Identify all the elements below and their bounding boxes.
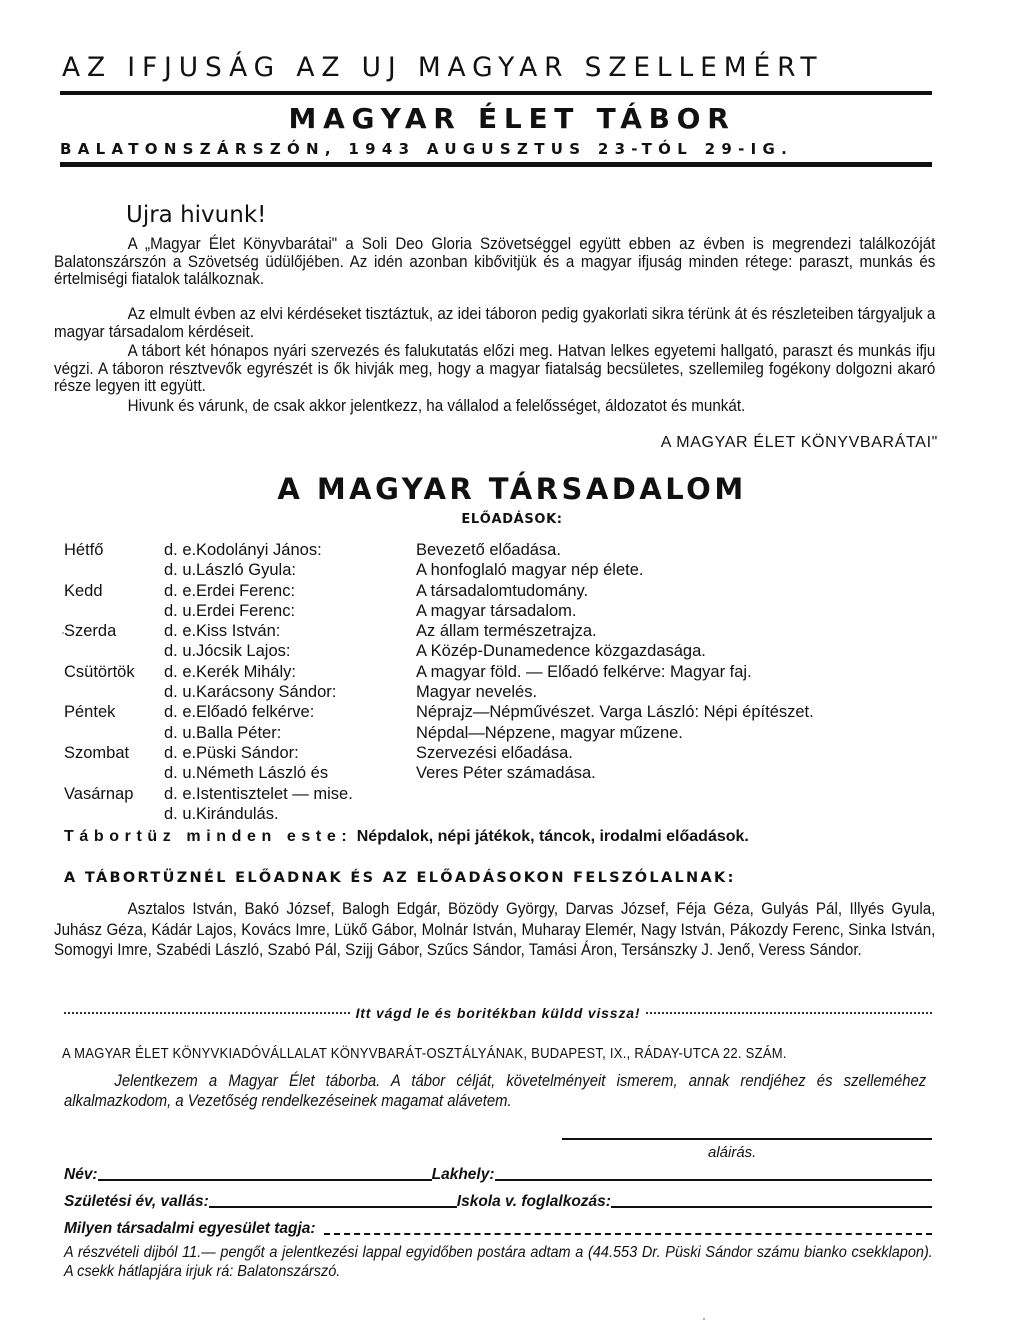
schedule-day: Csütörtök bbox=[64, 662, 135, 682]
speakers-names: Asztalos István, Bakó József, Balogh Edg… bbox=[54, 900, 935, 959]
campfire-text: Népdalok, népi játékok, táncok, irodalmi… bbox=[357, 828, 749, 845]
schedule-topic: Magyar nevelés. bbox=[416, 682, 537, 702]
schedule-speaker: Kerék Mihály: bbox=[196, 662, 296, 682]
schedule-topic: A magyar föld. — Előadó felkérve: Magyar… bbox=[416, 662, 752, 682]
schedule-speaker: Németh László és bbox=[196, 763, 328, 783]
paragraph-text: Hivunk és várunk, de csak akkor jelentke… bbox=[128, 397, 746, 415]
invitation-paragraph-2: Az elmult évben az elvi kérdéseket tiszt… bbox=[54, 306, 935, 341]
schedule-topic: A magyar társadalom. bbox=[416, 601, 577, 621]
schedule-topic: Az állam természetrajza. bbox=[416, 621, 597, 641]
invitation-paragraph-4: Hivunk és várunk, de csak akkor jelentke… bbox=[54, 398, 935, 416]
paragraph-text: Az elmult évben az elvi kérdéseket tiszt… bbox=[54, 305, 935, 341]
schedule-speaker: László Gyula: bbox=[196, 560, 296, 580]
paragraph-text: A „Magyar Élet Könyvbarátai" a Soli Deo … bbox=[54, 235, 935, 288]
campfire-label: Tábortüz minden este: bbox=[64, 828, 352, 845]
fee-note: A részvételi dijból 11.— pengőt a jelent… bbox=[64, 1243, 933, 1281]
schedule-slot: d. e. bbox=[164, 540, 196, 560]
form-row-association: Milyen társadalmi egyesület tagja: bbox=[64, 1216, 932, 1238]
schedule-speaker: Erdei Ferenc: bbox=[196, 601, 295, 621]
schedule-slot: d. e. bbox=[164, 702, 196, 722]
school-occupation-field[interactable] bbox=[611, 1206, 932, 1208]
name-field[interactable] bbox=[98, 1179, 432, 1181]
residence-label: Lakhely: bbox=[432, 1166, 495, 1184]
header-title: MAGYAR ÉLET TÁBOR bbox=[0, 102, 1024, 135]
schedule-slot: d. u. bbox=[164, 763, 196, 783]
speakers-heading: A TÁBORTÜZNÉL ELŐADNAK ÉS AZ ELŐADÁSOKON… bbox=[64, 870, 736, 886]
schedule-day: Péntek bbox=[64, 702, 115, 722]
schedule-speaker: Kiss István: bbox=[196, 621, 280, 641]
schedule-speaker: Kirándulás. bbox=[196, 804, 279, 824]
schedule-slot: d. u. bbox=[164, 682, 196, 702]
schedule-topic: Bevezető előadása. bbox=[416, 540, 561, 560]
schedule-speaker: Istentisztelet — mise. bbox=[196, 784, 353, 804]
schedule-slot: d. u. bbox=[164, 560, 196, 580]
schedule-topic: Szervezési előadása. bbox=[416, 743, 573, 763]
program-title: A MAGYAR TÁRSADALOM bbox=[0, 472, 1024, 506]
schedule-slot: d. u. bbox=[164, 804, 196, 824]
print-speck bbox=[703, 1318, 705, 1320]
association-field[interactable] bbox=[324, 1233, 932, 1235]
invitation-paragraph-3: A tábort két hónapos nyári szervezés és … bbox=[54, 343, 935, 396]
schedule-day: Kedd bbox=[64, 581, 103, 601]
birth-religion-field[interactable] bbox=[209, 1206, 457, 1208]
form-declaration: Jelentkezem a Magyar Élet táborba. A táb… bbox=[64, 1072, 926, 1111]
form-row-name-residence: Név: Lakhely: bbox=[64, 1162, 932, 1184]
schedule-slot: d. u. bbox=[164, 601, 196, 621]
residence-field[interactable] bbox=[495, 1179, 933, 1181]
schedule-slot: d. e. bbox=[164, 581, 196, 601]
schedule-topic: Veres Péter számadása. bbox=[416, 763, 596, 783]
birth-religion-label: Születési év, vallás: bbox=[64, 1193, 209, 1211]
schedule-speaker: Előadó felkérve: bbox=[196, 702, 314, 722]
name-label: Név: bbox=[64, 1166, 98, 1184]
association-label: Milyen társadalmi egyesület tagja: bbox=[64, 1220, 316, 1238]
schedule-slot: d. e. bbox=[164, 743, 196, 763]
schedule-day: Vasárnap bbox=[64, 784, 133, 804]
schedule-speaker: Balla Péter: bbox=[196, 723, 281, 743]
document-page: AZ IFJUSÁG AZ UJ MAGYAR SZELLEMÉRT MAGYA… bbox=[0, 0, 1024, 1343]
schedule-day: Hétfő bbox=[64, 540, 103, 560]
schedule-speaker: Kodolányi János: bbox=[196, 540, 322, 560]
schedule-speaker: Karácsony Sándor: bbox=[196, 682, 336, 702]
schedule-day: Szerda bbox=[64, 621, 116, 641]
program-subtitle: ELŐADÁSOK: bbox=[0, 512, 1024, 527]
schedule-slot: d. u. bbox=[164, 723, 196, 743]
invitation-heading: Ujra hivunk! bbox=[126, 202, 266, 228]
dotted-line-left bbox=[64, 1012, 350, 1014]
cut-instruction: Itt vágd le és boritékban küldd vissza! bbox=[350, 1005, 647, 1021]
paragraph-text: A tábort két hónapos nyári szervezés és … bbox=[54, 342, 935, 395]
schedule-slot: d. e. bbox=[164, 621, 196, 641]
cut-line: Itt vágd le és boritékban küldd vissza! bbox=[64, 1003, 932, 1023]
signature-label: aláirás. bbox=[708, 1144, 756, 1161]
campfire-line: Tábortüz minden este: Népdalok, népi ját… bbox=[64, 828, 749, 846]
print-speck bbox=[62, 632, 64, 634]
schedule-slot: d. u. bbox=[164, 641, 196, 661]
header-rule-bottom bbox=[60, 162, 932, 167]
schedule-speaker: Püski Sándor: bbox=[196, 743, 299, 763]
form-row-birth-school: Születési év, vallás: Iskola v. foglalko… bbox=[64, 1189, 932, 1211]
dotted-line-right bbox=[646, 1012, 932, 1014]
declaration-text: Jelentkezem a Magyar Élet táborba. A táb… bbox=[64, 1072, 926, 1110]
schedule-topic: A Közép-Dunamedence közgazdasága. bbox=[416, 641, 706, 661]
school-occupation-label: Iskola v. foglalkozás: bbox=[457, 1193, 611, 1211]
schedule-day: Szombat bbox=[64, 743, 129, 763]
schedule-topic: Néprajz—Népművészet. Varga László: Népi … bbox=[416, 702, 814, 722]
schedule-topic: Népdal—Népzene, magyar műzene. bbox=[416, 723, 683, 743]
schedule-topic: A honfoglaló magyar nép élete. bbox=[416, 560, 644, 580]
signature-field[interactable] bbox=[562, 1138, 932, 1140]
schedule-slot: d. e. bbox=[164, 784, 196, 804]
invitation-signature: A MAGYAR ÉLET KÖNYVBARÁTAI" bbox=[661, 434, 938, 452]
schedule-speaker: Erdei Ferenc: bbox=[196, 581, 295, 601]
invitation-paragraph-1: A „Magyar Élet Könyvbarátai" a Soli Deo … bbox=[54, 236, 935, 289]
header-place-date: BALATONSZÁRSZÓN, 1943 AUGUSZTUS 23-TÓL 2… bbox=[60, 140, 793, 158]
header-motto: AZ IFJUSÁG AZ UJ MAGYAR SZELLEMÉRT bbox=[62, 52, 823, 83]
schedule-slot: d. e. bbox=[164, 662, 196, 682]
schedule-topic: A társadalomtudomány. bbox=[416, 581, 588, 601]
speakers-list: Asztalos István, Bakó József, Balogh Edg… bbox=[54, 899, 935, 961]
schedule-speaker: Jócsik Lajos: bbox=[196, 641, 290, 661]
header-rule-top bbox=[60, 91, 932, 95]
form-address: A MAGYAR ÉLET KÖNYVKIADÓVÁLLALAT KÖNYVBA… bbox=[62, 1046, 787, 1062]
